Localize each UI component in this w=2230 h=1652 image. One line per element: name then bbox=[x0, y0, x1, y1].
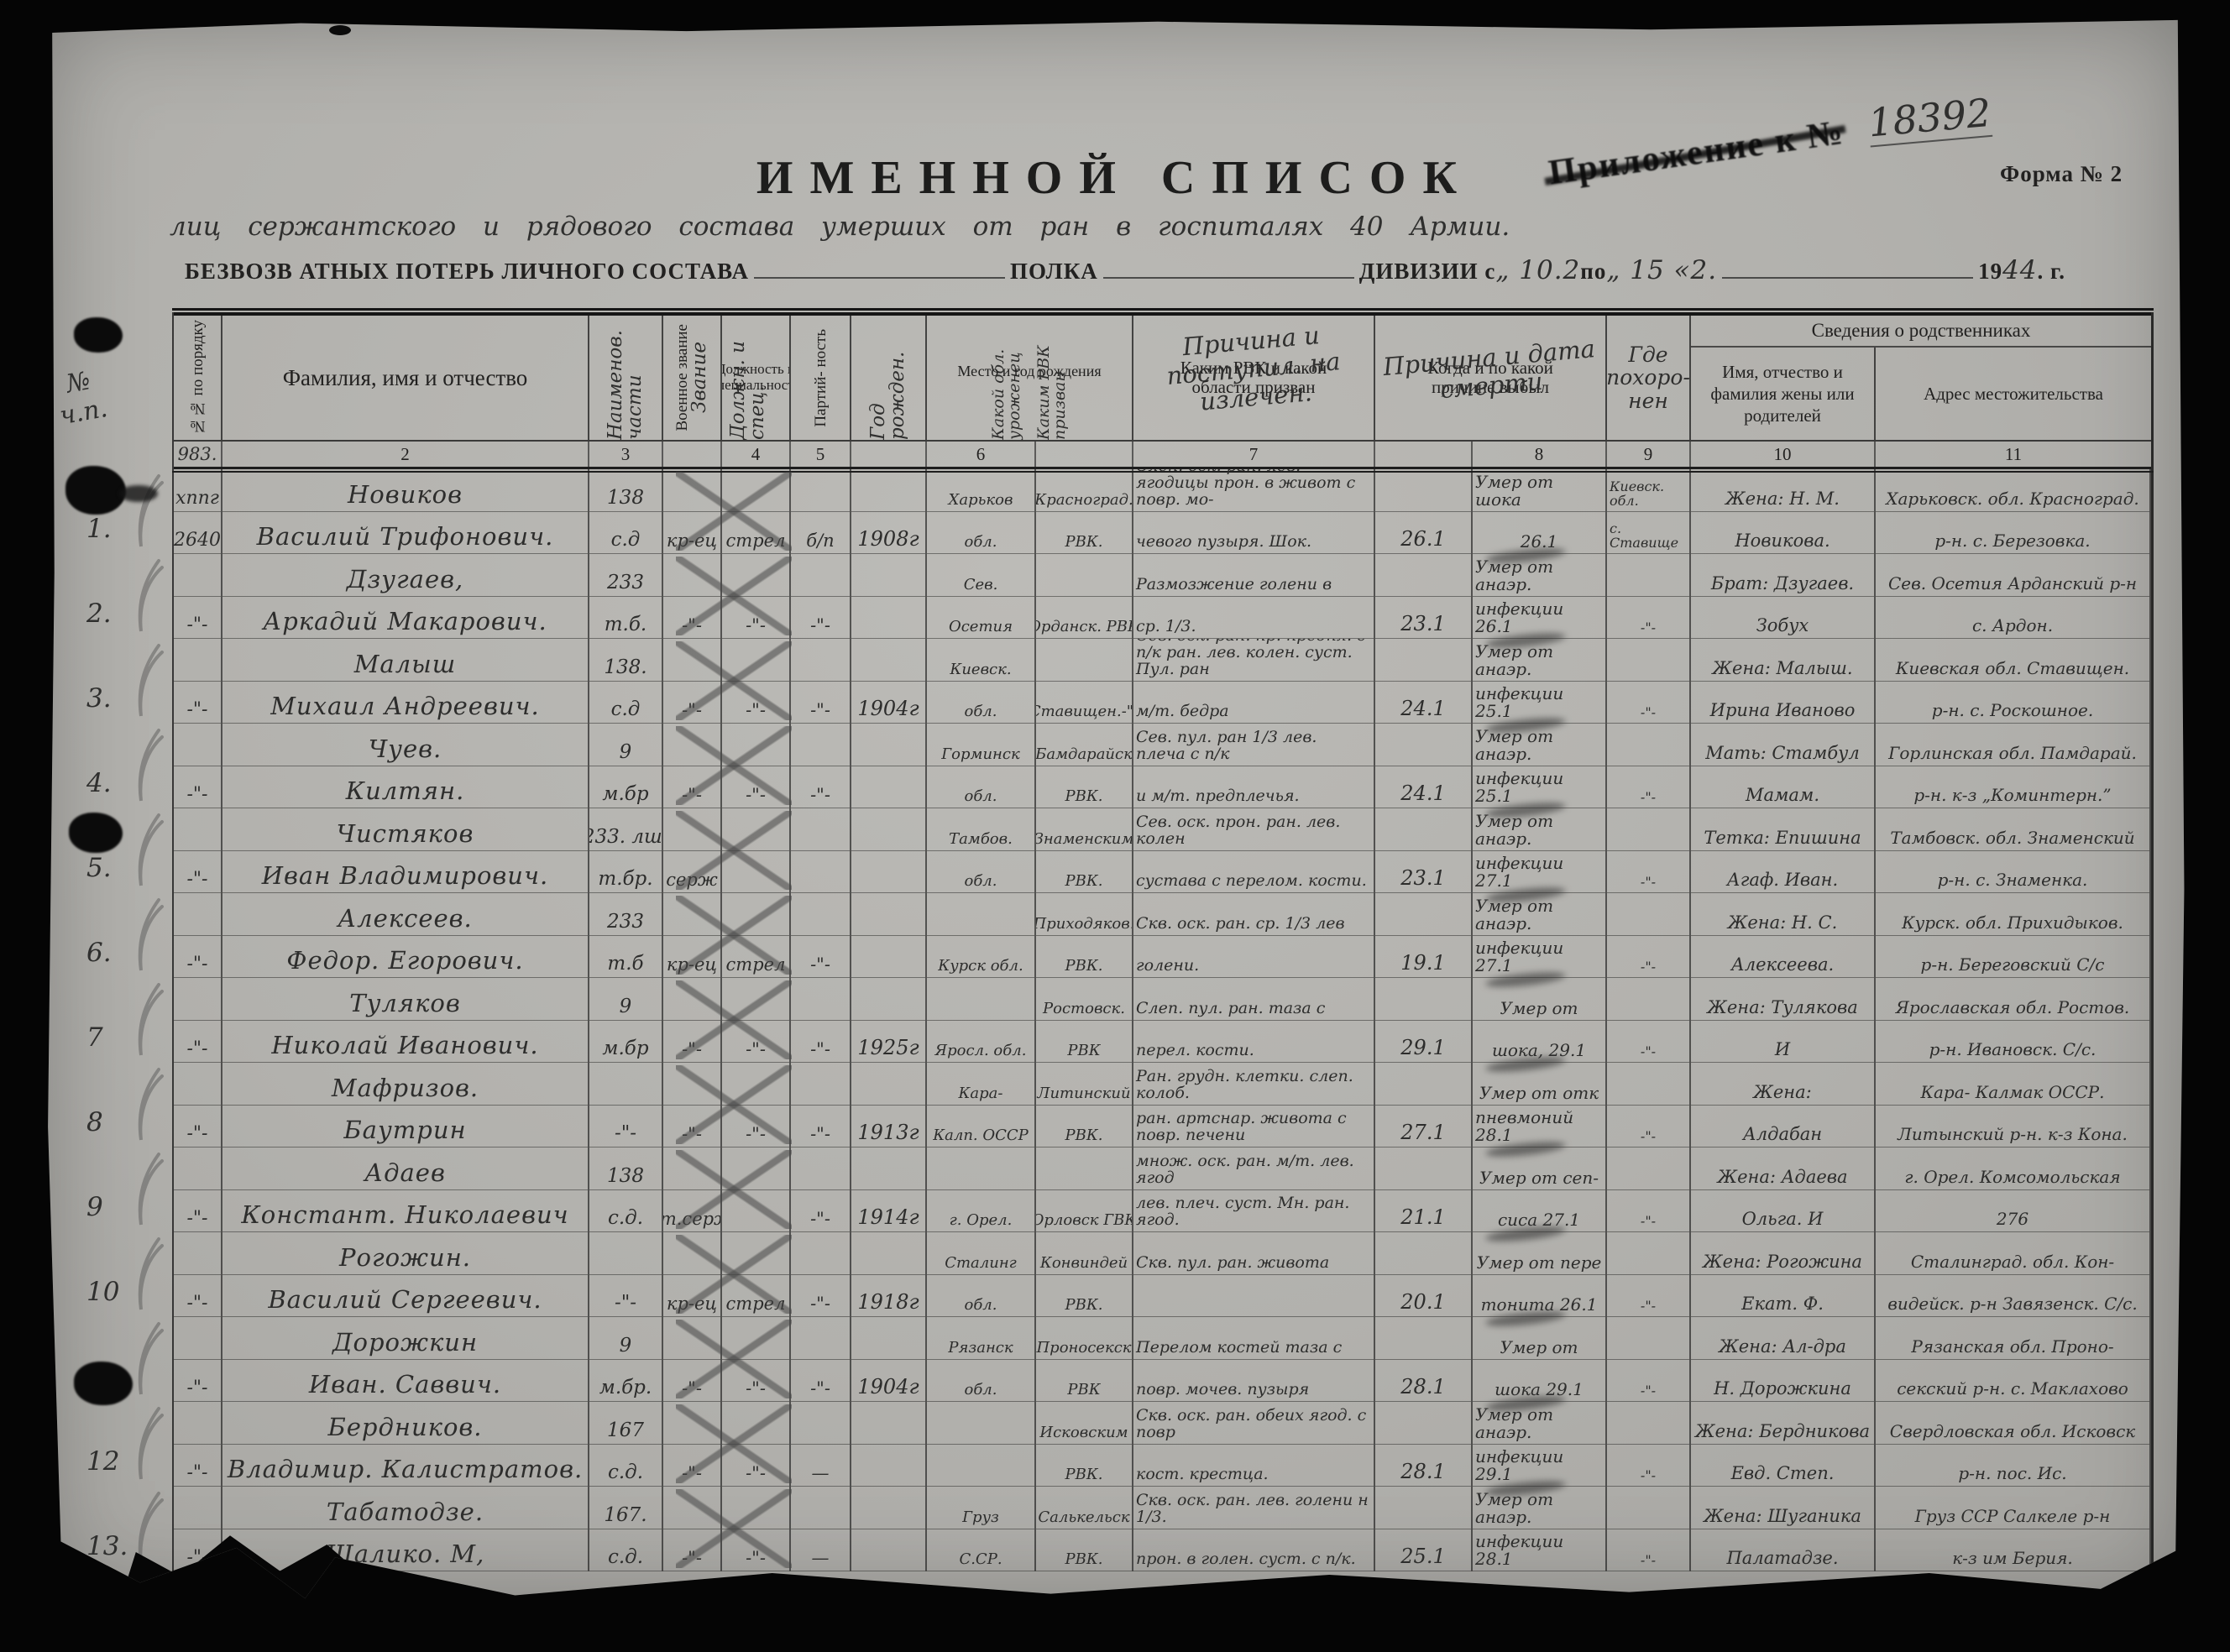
col-death-cause: Умер от анаэр.инфекции 29.1 bbox=[1473, 1402, 1607, 1487]
col-birth-place: Киевск.обл. bbox=[927, 639, 1036, 724]
entry-line: ран. артснар. живота с повр. печени bbox=[1133, 1106, 1374, 1148]
header-rank: Военное звание Звание bbox=[663, 316, 722, 440]
entry-line bbox=[663, 1232, 720, 1275]
entry-line bbox=[927, 1148, 1034, 1190]
entry-line: 28.1 bbox=[1375, 1360, 1471, 1403]
table-row: 9-"-АдаевКонстант. Николаевич138с.д.ст.с… bbox=[174, 1148, 2151, 1232]
blank-line bbox=[1722, 276, 1973, 279]
entry-line: Кара- bbox=[927, 1063, 1034, 1106]
punch-hole bbox=[69, 813, 123, 853]
entry-line bbox=[663, 469, 720, 512]
col-burial-place: -"- bbox=[1607, 1063, 1691, 1148]
entry-line: -"- bbox=[791, 597, 850, 640]
entry-line: Сталинг bbox=[927, 1232, 1034, 1275]
entry-line bbox=[722, 851, 789, 894]
entry-line: Осетия bbox=[927, 597, 1034, 640]
entry-line: -"- bbox=[174, 1106, 221, 1148]
entry-line: 1904г bbox=[851, 682, 925, 724]
checkmark-flourish bbox=[128, 1151, 165, 1228]
col-duty: -"- bbox=[722, 1317, 791, 1402]
col-rvk: Орданск. РВК bbox=[1036, 554, 1133, 639]
entry-line: — bbox=[791, 1529, 850, 1572]
col-relative: Жена: Ал-драН. Дорожкина bbox=[1691, 1317, 1876, 1402]
entry-line: -"- bbox=[663, 597, 720, 640]
col-ordinal: -"- bbox=[174, 1148, 222, 1232]
col-rank: -"- bbox=[663, 978, 722, 1063]
col-relative: Жена:Алдабан bbox=[1691, 1063, 1876, 1148]
entry-line: -"- bbox=[791, 682, 850, 724]
entry-line: 138 bbox=[589, 1148, 662, 1190]
col-birth-year bbox=[851, 893, 927, 978]
printed-po: по bbox=[1580, 259, 1606, 285]
col-unit: 138с.д. bbox=[589, 1148, 663, 1232]
entry-line: 1925г bbox=[851, 1021, 925, 1064]
col-relative: Жена: Н. С.Алексеева. bbox=[1691, 893, 1876, 978]
entry-line: шока 29.1 bbox=[1473, 1360, 1605, 1403]
entry-line: Горминск bbox=[927, 724, 1034, 766]
entry-line: чевого пузыря. Шок. bbox=[1133, 512, 1374, 555]
entry-line: тонита 26.1 bbox=[1473, 1275, 1605, 1318]
table-row: 6.-"-Алексеев.Федор. Егорович.233т.бкр-е… bbox=[174, 893, 2151, 978]
entry-line: Палатадзе. bbox=[1691, 1529, 1874, 1572]
entry-line bbox=[722, 724, 789, 766]
entry-line: множ. оск. ран. м/т. лев. ягод bbox=[1133, 1148, 1374, 1190]
row-margin-number: 1. bbox=[86, 514, 112, 544]
entry-line bbox=[663, 1317, 720, 1360]
entry-line: РВК. bbox=[1036, 851, 1132, 894]
entry-line: Василий Сергеевич. bbox=[222, 1275, 588, 1318]
col-death-cause: Умер от анаэр.инфекции 25.1 bbox=[1473, 639, 1607, 724]
col-wound: Сев. пул. ран 1/3 лев. плеча с п/ки м/т.… bbox=[1133, 724, 1375, 808]
col-death-cause: Умер от анаэр.инфекции 27.1 bbox=[1473, 893, 1607, 978]
entry-line bbox=[663, 1402, 720, 1445]
entry-line bbox=[851, 978, 925, 1021]
col-burial-place: Киевск. обл.с. Ставище bbox=[1607, 469, 1691, 554]
entry-line bbox=[1375, 724, 1471, 766]
entry-line bbox=[851, 893, 925, 936]
entry-line: Курск. обл. Прихидыков. bbox=[1876, 893, 2149, 936]
entry-line bbox=[722, 1232, 789, 1275]
entry-line: -"- bbox=[663, 766, 720, 809]
entry-line bbox=[851, 554, 925, 597]
entry-line bbox=[663, 1487, 720, 1529]
entry-line bbox=[791, 639, 850, 682]
col-full-name: Чуев.Килтян. bbox=[222, 724, 589, 808]
col-rank: кр-ец bbox=[663, 469, 722, 554]
entry-line: видейск. р-н Завязенск. С/с. bbox=[1876, 1275, 2149, 1318]
entry-line: Баутрин bbox=[222, 1106, 588, 1148]
checkmark-flourish bbox=[128, 1405, 165, 1482]
col-rvk: Красноград.РВК. bbox=[1036, 469, 1133, 554]
entry-line bbox=[1607, 554, 1689, 597]
entry-line bbox=[927, 1402, 1034, 1445]
entry-line: повр. мочев. пузыря bbox=[1133, 1360, 1374, 1403]
col-unit: 138.с.д bbox=[589, 639, 663, 724]
entry-line: Жена: Н. С. bbox=[1691, 893, 1874, 936]
entry-line: Слеп. пул. ран. таза с bbox=[1133, 978, 1374, 1021]
col-birth-year: 1908г bbox=[851, 469, 927, 554]
entry-line: -"- bbox=[663, 1021, 720, 1064]
col-ordinal: хппг2640 bbox=[174, 469, 222, 554]
col-relative: Жена: ТуляковаИ bbox=[1691, 978, 1876, 1063]
col-death-cause: Умер от анаэр.инфекции 27.1 bbox=[1473, 808, 1607, 893]
col-admission-date: 24.1 bbox=[1375, 724, 1473, 808]
table-row: 4.-"-Чуев.Килтян.9м.бр-"--"--"-Горминско… bbox=[174, 724, 2151, 808]
col-relative: Жена: БердниковаЕвд. Степ. bbox=[1691, 1402, 1876, 1487]
col-duty: -"- bbox=[722, 1063, 791, 1148]
entry-line: Скв. оск. ран. лев. голени н 1/3. bbox=[1133, 1487, 1374, 1529]
col-admission-date: 23.1 bbox=[1375, 808, 1473, 893]
col-wound: Скв. оск. ран. обеих ягод. с повркост. к… bbox=[1133, 1402, 1375, 1487]
col-burial-place: -"- bbox=[1607, 1232, 1691, 1317]
entry-line: Тетка: Епишина bbox=[1691, 808, 1874, 851]
entry-line: Скв. оск. ран. обеих ягод. с повр bbox=[1133, 1402, 1374, 1445]
entry-line: Ярославская обл. Ростов. bbox=[1876, 978, 2149, 1021]
col-death-cause: Умер от анаэр.инфекции 25.1 bbox=[1473, 724, 1607, 808]
header-cause-admission: Каким РВК и какой области призван Причин… bbox=[1133, 316, 1375, 440]
entry-line: Харьковск. обл. Красноград. bbox=[1876, 469, 2149, 512]
entry-line: Констант. Николаевич bbox=[222, 1190, 588, 1233]
entry-line: м.бр bbox=[589, 766, 662, 809]
entry-line bbox=[663, 893, 720, 936]
entry-line: Жена: Малыш. bbox=[1691, 639, 1874, 682]
entry-line: 29.1 bbox=[1375, 1021, 1471, 1064]
col-burial-place: -"- bbox=[1607, 1148, 1691, 1232]
col-death-cause: Умер от шока26.1 bbox=[1473, 469, 1607, 554]
entry-line bbox=[722, 469, 789, 512]
entry-line bbox=[1607, 1402, 1689, 1445]
entry-line: Киевск. обл. bbox=[1607, 469, 1689, 512]
entry-line: 26.1 bbox=[1375, 512, 1471, 555]
entry-line: обл. bbox=[927, 512, 1034, 555]
entry-line: Бамдарайск bbox=[1036, 724, 1132, 766]
col-wound: Сев. оск. ран. пр. предпл. с п/к ран. ле… bbox=[1133, 639, 1375, 724]
table-row: 11-"-ДорожкинИван. Саввич.9м.бр.-"--"--"… bbox=[174, 1317, 2151, 1402]
entry-line: Груз ССР Салкеле р-н bbox=[1876, 1487, 2149, 1529]
col-relative: Жена: РогожинаЕкат. Ф. bbox=[1691, 1232, 1876, 1317]
col-death-cause: Умер от откпневмоний 28.1 bbox=[1473, 1063, 1607, 1148]
entry-line: м.бр bbox=[589, 1021, 662, 1064]
entry-line: -"- bbox=[1607, 1360, 1689, 1403]
entry-line: -"- bbox=[589, 1106, 662, 1148]
table-row: 5.-"-ЧистяковИван Владимирович.233. лш.т… bbox=[174, 808, 2151, 893]
entry-line bbox=[722, 554, 789, 597]
entry-line: -"- bbox=[174, 1021, 221, 1064]
entry-line bbox=[1036, 554, 1132, 597]
entry-line: Сев. Осетия Арданский р-н bbox=[1876, 554, 2149, 597]
entry-line: лев. плеч. суст. Мн. ран. ягод. bbox=[1133, 1190, 1374, 1233]
entry-line bbox=[174, 724, 221, 766]
col-party: -"- bbox=[791, 1063, 851, 1148]
entry-line: -"- bbox=[663, 1529, 720, 1572]
col-address: Свердловская обл. Исковскр-н. пос. Ис. bbox=[1876, 1402, 2151, 1487]
entry-line bbox=[851, 469, 925, 512]
entry-line: 233 bbox=[589, 554, 662, 597]
entry-line: Конвиндей bbox=[1036, 1232, 1132, 1275]
entry-line bbox=[722, 1063, 789, 1106]
col-ordinal: -"- bbox=[174, 554, 222, 639]
entry-line: Владимир. Калистратов. bbox=[222, 1445, 588, 1487]
entry-line: И bbox=[1691, 1021, 1874, 1064]
entry-line: 26.1 bbox=[1473, 512, 1605, 555]
row-margin-number: 13. bbox=[86, 1531, 128, 1561]
col-full-name: Дзугаев,Аркадий Макарович. bbox=[222, 554, 589, 639]
col-wound: множ. оск. ран. м/т. лев. ягодлев. плеч.… bbox=[1133, 1148, 1375, 1232]
entry-line: Размозжение голени в bbox=[1133, 554, 1374, 597]
entry-line bbox=[791, 851, 850, 894]
col-death-cause: Умер отшока, 29.1 bbox=[1473, 978, 1607, 1063]
entry-line: кр-ец bbox=[663, 936, 720, 979]
col-burial-place: -"- bbox=[1607, 1402, 1691, 1487]
blank-line bbox=[1103, 276, 1354, 279]
checkmark-flourish bbox=[128, 473, 165, 550]
entry-line bbox=[722, 978, 789, 1021]
entry-line: -"- bbox=[791, 766, 850, 809]
entry-line bbox=[851, 1402, 925, 1445]
entry-line bbox=[791, 1317, 850, 1360]
entry-line: Жена: Бердникова bbox=[1691, 1402, 1874, 1445]
entry-line bbox=[663, 554, 720, 597]
entry-line bbox=[1607, 1148, 1689, 1190]
entry-line: 2640 bbox=[174, 512, 221, 555]
col-relative: Жена: Малыш.Ирина Иваново bbox=[1691, 639, 1876, 724]
table-row: 8-"-Мафризов.Баутрин-"--"--"--"-1913гКар… bbox=[174, 1063, 2151, 1148]
col-admission-date: 28.1 bbox=[1375, 1317, 1473, 1402]
col-unit: -"- bbox=[589, 1063, 663, 1148]
entry-line: Василий Трифонович. bbox=[222, 512, 588, 555]
col-address: Рязанская обл. Проно-секский р-н. с. Мак… bbox=[1876, 1317, 2151, 1402]
col-relative: Мать: СтамбулМамам. bbox=[1691, 724, 1876, 808]
entry-line bbox=[791, 1232, 850, 1275]
col-rank: -"- bbox=[663, 554, 722, 639]
entry-line: 28.1 bbox=[1375, 1445, 1471, 1487]
entry-line: Ран. грудн. клетки. слеп. колоб. bbox=[1133, 1063, 1374, 1106]
entry-line: инфекции 28.1 bbox=[1473, 1529, 1605, 1572]
entry-line: РВК. bbox=[1036, 1275, 1132, 1318]
col-ordinal: -"- bbox=[174, 893, 222, 978]
col-full-name: Мафризов.Баутрин bbox=[222, 1063, 589, 1148]
col-rank: кр-ец bbox=[663, 1232, 722, 1317]
col-full-name: АдаевКонстант. Николаевич bbox=[222, 1148, 589, 1232]
entry-line: Мафризов. bbox=[222, 1063, 588, 1106]
printed-divizii: ДИВИЗИИ с bbox=[1359, 259, 1496, 285]
entry-line: Мамам. bbox=[1691, 766, 1874, 809]
row-margin-number: 7 bbox=[86, 1022, 103, 1053]
handwritten-year: 44 bbox=[2002, 255, 2037, 285]
col-full-name: ТуляковНиколай Иванович. bbox=[222, 978, 589, 1063]
entry-line: Зобух bbox=[1691, 597, 1874, 640]
col-duty: стрел bbox=[722, 1232, 791, 1317]
entry-line: Иван. Саввич. bbox=[222, 1360, 588, 1403]
entry-line bbox=[174, 1487, 221, 1529]
table-row: 7-"-ТуляковНиколай Иванович.9м.бр-"--"--… bbox=[174, 978, 2151, 1063]
entry-line: РВК bbox=[1036, 1021, 1132, 1064]
entry-line: -"- bbox=[722, 1021, 789, 1064]
entry-line bbox=[174, 1063, 221, 1106]
entry-line: -"- bbox=[663, 1445, 720, 1487]
document-paper: Форма № 2 Приложение к № 18392 ИМЕННОЙ С… bbox=[44, 18, 2186, 1602]
col-relative: Жена: Н. М.Новикова. bbox=[1691, 469, 1876, 554]
entry-line: Табатодзе. bbox=[222, 1487, 588, 1529]
entry-line: р-н. с. Березовка. bbox=[1876, 512, 2149, 555]
col-rvk: КонвиндейРВК. bbox=[1036, 1232, 1133, 1317]
col-full-name: Табатодзе.Шалико. М, bbox=[222, 1487, 589, 1571]
entry-line: Рогожин. bbox=[222, 1232, 588, 1275]
entry-line: Жена: Ал-дра bbox=[1691, 1317, 1874, 1360]
entry-line: Яросл. обл. bbox=[927, 1021, 1034, 1064]
entry-line: обл. bbox=[927, 682, 1034, 724]
entry-line bbox=[1607, 724, 1689, 766]
col-duty: -"- bbox=[722, 724, 791, 808]
entry-line: 9 bbox=[589, 1317, 662, 1360]
header-birthplace: Какой обл. уроженец Место и год рождения… bbox=[927, 316, 1133, 440]
entry-line: 23.1 bbox=[1375, 597, 1471, 640]
entry-line: -"- bbox=[174, 682, 221, 724]
entry-line bbox=[851, 724, 925, 766]
entry-line: 167. bbox=[589, 1487, 662, 1529]
entry-line: с.д. bbox=[589, 1190, 662, 1233]
entry-line: -"- bbox=[663, 682, 720, 724]
row-margin-number: 12 bbox=[86, 1446, 119, 1477]
scanned-document: Форма № 2 Приложение к № 18392 ИМЕННОЙ С… bbox=[0, 0, 2230, 1652]
entry-line: 1914г bbox=[851, 1190, 925, 1233]
entry-line: ср. 1/3. bbox=[1133, 597, 1374, 640]
entry-line bbox=[174, 808, 221, 851]
col-birth-year bbox=[851, 724, 927, 808]
blank-line bbox=[754, 276, 1005, 279]
entry-line: Мать: Стамбул bbox=[1691, 724, 1874, 766]
row-margin-number: 2. bbox=[86, 599, 112, 629]
entry-line bbox=[791, 724, 850, 766]
col-duty bbox=[722, 1148, 791, 1232]
col-wound: Размозжение голени вср. 1/3. bbox=[1133, 554, 1375, 639]
entry-line bbox=[663, 1063, 720, 1106]
entry-line: Знаменским bbox=[1036, 808, 1132, 851]
entry-line bbox=[791, 978, 850, 1021]
entry-line: 20.1 bbox=[1375, 1275, 1471, 1318]
col-address: Харьковск. обл. Красноград.р-н. с. Берез… bbox=[1876, 469, 2151, 554]
entry-line: инфекции 29.1 bbox=[1473, 1445, 1605, 1487]
entry-line: Приходяков. bbox=[1036, 893, 1132, 936]
col-ordinal: -"- bbox=[174, 724, 222, 808]
entry-line: -"- bbox=[791, 1360, 850, 1403]
entry-line bbox=[663, 808, 720, 851]
entry-line: 21.1 bbox=[1375, 1190, 1471, 1233]
header-relative-address: Адрес местожительства bbox=[1876, 348, 2151, 440]
entry-line bbox=[851, 936, 925, 979]
entry-line: -"- bbox=[174, 1190, 221, 1233]
col-duty: стрел bbox=[722, 469, 791, 554]
entry-line bbox=[1036, 639, 1132, 682]
entry-line: -"- bbox=[722, 766, 789, 809]
row-margin-number: 9 bbox=[86, 1192, 103, 1222]
entry-line: Михаил Андреевич. bbox=[222, 682, 588, 724]
entry-line bbox=[791, 1148, 850, 1190]
col-birth-place: Тамбов.обл. bbox=[927, 808, 1036, 893]
checkmark-flourish bbox=[128, 812, 165, 889]
col-admission-date: 28.1 bbox=[1375, 1402, 1473, 1487]
col-ordinal: -"- bbox=[174, 1402, 222, 1487]
entry-line: м.бр. bbox=[589, 1360, 662, 1403]
col-unit: 233. лш.т.бр. bbox=[589, 808, 663, 893]
col-admission-date: 29.1 bbox=[1375, 978, 1473, 1063]
row-margin-number: 5. bbox=[86, 853, 112, 883]
col-birth-year: 1914г bbox=[851, 1148, 927, 1232]
entry-line: -"- bbox=[791, 1021, 850, 1064]
punch-hole bbox=[74, 1362, 133, 1405]
entry-line: инфекции 27.1 bbox=[1473, 936, 1605, 979]
row-margin-number: 4. bbox=[86, 768, 112, 798]
col-duty: -"- bbox=[722, 978, 791, 1063]
col-death-cause: Умер от анаэр.инфекции 26.1 bbox=[1473, 554, 1607, 639]
entry-line: Федор. Егорович. bbox=[222, 936, 588, 979]
col-unit: 167.с.д. bbox=[589, 1487, 663, 1571]
entry-line: Николай Иванович. bbox=[222, 1021, 588, 1064]
entry-line: стрел bbox=[722, 936, 789, 979]
col-birth-year: 1913г bbox=[851, 1063, 927, 1148]
entry-line bbox=[174, 1402, 221, 1445]
col-birth-year bbox=[851, 554, 927, 639]
entry-line bbox=[791, 469, 850, 512]
col-burial-place: -"- bbox=[1607, 554, 1691, 639]
entry-line: обл. bbox=[927, 851, 1034, 894]
entry-line: обл. bbox=[927, 1275, 1034, 1318]
entry-line bbox=[174, 1148, 221, 1190]
entry-line: Ирина Иваново bbox=[1691, 682, 1874, 724]
entry-line: Курск обл. bbox=[927, 936, 1034, 979]
header-burial-place: Где похоро- нен bbox=[1607, 316, 1691, 440]
entry-line bbox=[851, 766, 925, 809]
entry-line bbox=[663, 724, 720, 766]
entry-line bbox=[1607, 893, 1689, 936]
entry-line: Салькельск bbox=[1036, 1487, 1132, 1529]
entry-line bbox=[1607, 808, 1689, 851]
entry-line bbox=[851, 639, 925, 682]
col-party: б/п bbox=[791, 469, 851, 554]
entry-line: Иван Владимирович. bbox=[222, 851, 588, 894]
entry-line: 233 bbox=[589, 893, 662, 936]
entry-line: -"- bbox=[663, 1360, 720, 1403]
col-party: -"- bbox=[791, 893, 851, 978]
entry-line: Рязанск bbox=[927, 1317, 1034, 1360]
col-ordinal: -"- bbox=[174, 978, 222, 1063]
entry-line: Исковским bbox=[1036, 1402, 1132, 1445]
ink-blot bbox=[119, 485, 158, 502]
entry-line: инфекции 25.1 bbox=[1473, 682, 1605, 724]
entry-line bbox=[174, 978, 221, 1021]
entry-line bbox=[1607, 639, 1689, 682]
col-duty bbox=[722, 808, 791, 893]
row-margin-number: 6. bbox=[86, 938, 112, 968]
entry-line: — bbox=[791, 1445, 850, 1487]
table-row: 10-"-Рогожин.Василий Сергеевич.-"-кр-ецс… bbox=[174, 1232, 2151, 1317]
entry-line: м/т. бедра bbox=[1133, 682, 1374, 724]
entry-line: обл. bbox=[927, 1360, 1034, 1403]
col-rank: кр-ец bbox=[663, 893, 722, 978]
entry-line bbox=[1036, 1148, 1132, 1190]
entry-line: т.б. bbox=[589, 597, 662, 640]
entry-line bbox=[851, 1529, 925, 1572]
entry-line bbox=[722, 639, 789, 682]
entry-line: Аркадий Макарович. bbox=[222, 597, 588, 640]
col-rank: -"- bbox=[663, 1317, 722, 1402]
col-admission-date: 19.1 bbox=[1375, 893, 1473, 978]
entry-line bbox=[927, 1445, 1034, 1487]
entry-line: -"- bbox=[722, 682, 789, 724]
col-burial-place: -"- bbox=[1607, 893, 1691, 978]
printed-year: 19 bbox=[1978, 259, 2002, 285]
entry-line bbox=[1375, 554, 1471, 597]
